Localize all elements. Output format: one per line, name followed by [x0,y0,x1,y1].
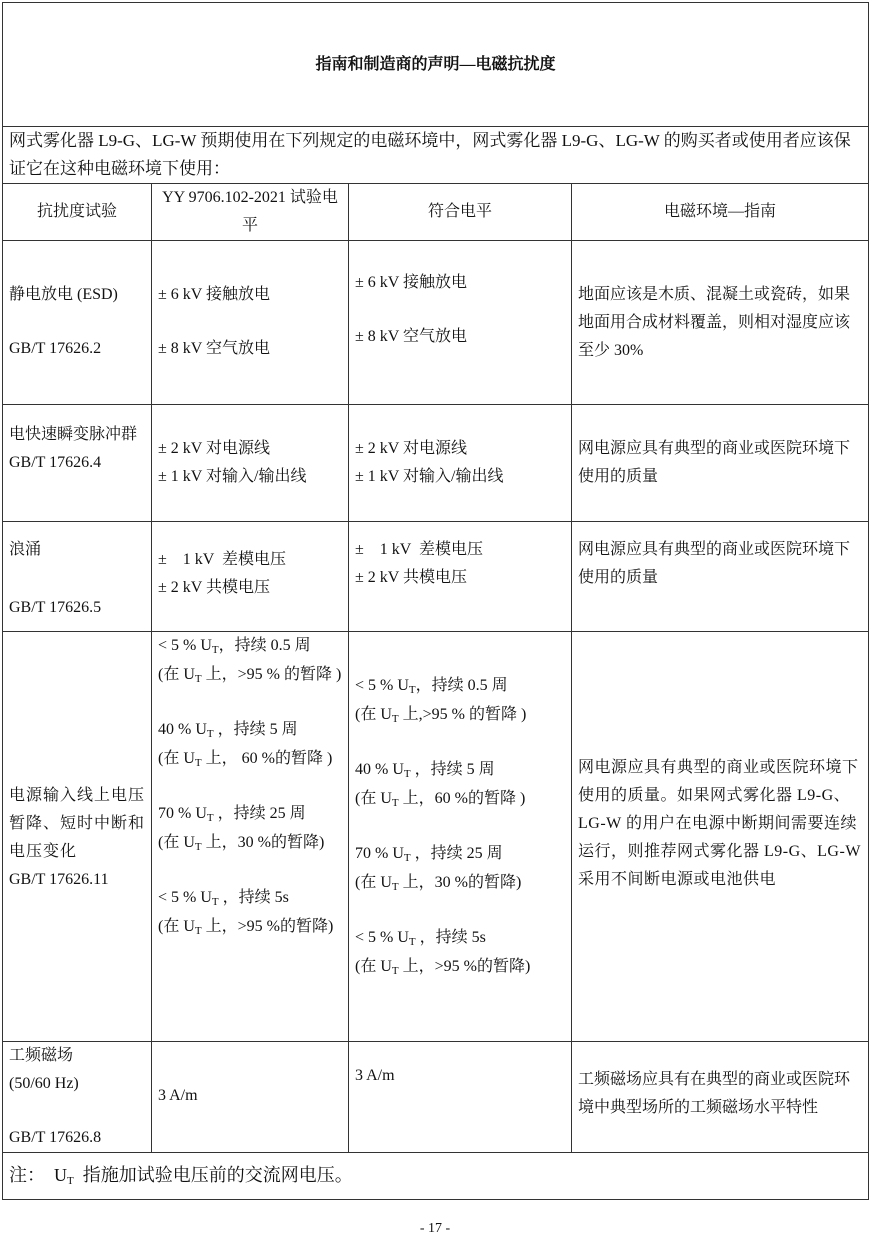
page-number: - 17 - [0,1221,870,1237]
compliance-line: 3 A/m [349,1042,572,1153]
test-name: 静电放电 (ESD) [9,281,145,309]
compliance-line: ± 6 kV 接触放电 [355,269,565,297]
dip-compliance-4: < 5 % UT ，持续 5s(在 UT 上，>95 %的暂降) [355,924,565,982]
col-header-test-level: YY 9706.102-2021 试验电平 [152,184,349,241]
table-row-surge: 浪涌 GB/T 17626.5 ± 1 kV 差模电压 ± 2 kV 共模电压 … [3,522,869,632]
dip-level-4: < 5 % UT ，持续 5s(在 UT 上，>95 %的暂降) [158,884,342,942]
table-row-eft: 电快速瞬变脉冲群 GB/T 17626.4 ± 2 kV 对电源线 ± 1 kV… [3,405,869,522]
test-level-line: ± 8 kV 空气放电 [158,335,342,363]
test-level-line: ± 2 kV 共模电压 [158,574,342,602]
guidance-text: 工频磁场应具有在典型的商业或医院环境中典型场所的工频磁场水平特性 [572,1042,869,1153]
col-header-compliance: 符合电平 [349,184,572,241]
guidance-text: 网电源应具有典型的商业或医院环境下使用的质量 [572,405,869,522]
guidance-text: 网电源应具有典型的商业或医院环境下使用的质量 [572,522,869,632]
test-level-line: ± 1 kV 对输入/输出线 [158,463,342,491]
test-level-line: 3 A/m [152,1042,349,1153]
test-standard: GB/T 17626.4 [9,449,145,477]
dip-compliance-1: < 5 % UT，持续 0.5 周(在 UT 上,>95 % 的暂降 ) [355,672,565,730]
intro-text: 网式雾化器 L9-G、LG-W 预期使用在下列规定的电磁环境中，网式雾化器 L9… [3,127,869,184]
compliance-line: ± 1 kV 差模电压 [355,536,565,564]
dip-level-1: < 5 % UT，持续 0.5 周(在 UT 上，>95 % 的暂降 ) [158,632,342,690]
test-name: 电快速瞬变脉冲群 [9,421,145,449]
table-title: 指南和制造商的声明—电磁抗扰度 [3,3,869,127]
col-header-test: 抗扰度试验 [3,184,152,241]
test-standard: GB/T 17626.2 [9,335,145,363]
compliance-line: ± 2 kV 对电源线 [355,435,565,463]
test-standard: GB/T 17626.8 [9,1124,145,1152]
emc-immunity-table: 指南和制造商的声明—电磁抗扰度 网式雾化器 L9-G、LG-W 预期使用在下列规… [2,2,869,1200]
compliance-line: ± 2 kV 共模电压 [355,564,565,592]
test-name: 浪涌 [9,536,145,564]
test-level-line: ± 6 kV 接触放电 [158,281,342,309]
dip-level-3: 70 % UT ，持续 25 周(在 UT 上，30 %的暂降) [158,800,342,858]
test-level-line: ± 2 kV 对电源线 [158,435,342,463]
compliance-line: ± 1 kV 对输入/输出线 [355,463,565,491]
dip-level-2: 40 % UT ，持续 5 周(在 UT 上， 60 %的暂降 ) [158,716,342,774]
test-name: 工频磁场 [9,1042,145,1070]
table-note: 注： UT 指施加试验电压前的交流网电压。 [3,1153,869,1200]
dip-compliance-2: 40 % UT ，持续 5 周(在 UT 上，60 %的暂降 ) [355,756,565,814]
test-frequency: (50/60 Hz) [9,1070,145,1098]
test-standard: GB/T 17626.11 [9,866,145,894]
col-header-guidance: 电磁环境—指南 [572,184,869,241]
compliance-line: ± 8 kV 空气放电 [355,323,565,351]
header-row: 抗扰度试验 YY 9706.102-2021 试验电平 符合电平 电磁环境—指南 [3,184,869,241]
guidance-text: 网电源应具有典型的商业或医院环境下使用的质量。如果网式雾化器 L9-G、LG-W… [572,632,869,1042]
table-row-magnetic-field: 工频磁场 (50/60 Hz) GB/T 17626.8 3 A/m 3 A/m… [3,1042,869,1153]
dip-compliance-3: 70 % UT ，持续 25 周(在 UT 上，30 %的暂降) [355,840,565,898]
test-standard: GB/T 17626.5 [9,594,145,622]
guidance-text: 地面应该是木质、混凝土或瓷砖，如果地面用合成材料覆盖，则相对湿度应该至少 30% [572,241,869,405]
test-name: 电源输入线上电压暂降、短时中断和电压变化 [9,782,145,866]
table-row-esd: 静电放电 (ESD) GB/T 17626.2 ± 6 kV 接触放电 ± 8 … [3,241,869,405]
table-row-voltage-dips: 电源输入线上电压暂降、短时中断和电压变化 GB/T 17626.11 < 5 %… [3,632,869,1042]
test-level-line: ± 1 kV 差模电压 [158,546,342,574]
